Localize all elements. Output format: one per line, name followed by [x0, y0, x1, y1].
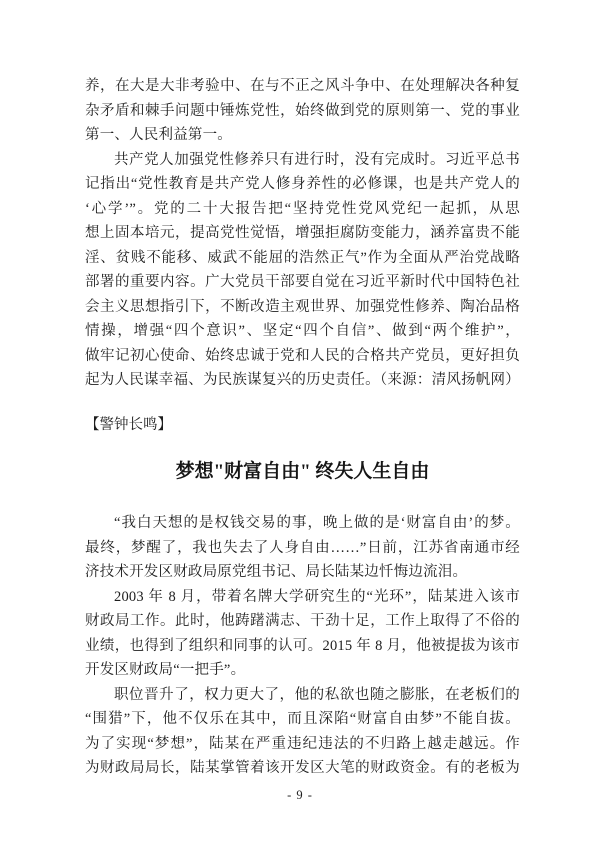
- text-line: 2003 年 8 月，带着名牌大学研究生的“光环”，陆某进入该市: [85, 585, 520, 610]
- text-line: 共产党人加强党性修养只有进行时，没有完成时。习近平总书: [85, 148, 520, 173]
- content-column: 养，在大是大非考验中、在与不正之风斗争中、在处理解决各种复杂矛盾和棘手问题中锤炼…: [85, 74, 520, 781]
- text-line: 想上固本培元，提高党性觉悟，增强拒腐防变能力，涵养富贵不能: [85, 221, 520, 246]
- section-header: 【警钟长鸣】: [85, 413, 520, 438]
- text-line: 为了实现“梦想”，陆某在严重违纪违法的不归路上越走越远。作: [85, 732, 520, 757]
- text-line: 财政局工作。此时，他踌躇满志、干劲十足，工作上取得了不俗的: [85, 609, 520, 634]
- text-line: 记指出“党性教育是共产党人修身养性的必修课，也是共产党人的: [85, 172, 520, 197]
- text-line: 为财政局局长，陆某掌管着该开发区大笔的财政资金。有的老板为: [85, 756, 520, 781]
- text-line: 情操，增强“四个意识”、坚定“四个自信”、做到“两个维护”，: [85, 319, 520, 344]
- page-number: - 9 -: [0, 788, 600, 803]
- text-line: 部署的重要内容。广大党员干部要自觉在习近平新时代中国特色社: [85, 270, 520, 295]
- text-line: 职位晋升了，权力更大了，他的私欲也随之膨胀，在老板们的: [85, 683, 520, 708]
- text-line: 养，在大是大非考验中、在与不正之风斗争中、在处理解决各种复: [85, 74, 520, 99]
- text-line: 杂矛盾和棘手问题中锤炼党性，始终做到党的原则第一、党的事业: [85, 99, 520, 124]
- text-line: “我白天想的是权钱交易的事，晚上做的是‘财富自由’的梦。: [85, 511, 520, 536]
- text-line: 最终，梦醒了，我也失去了人身自由……”日前，江苏省南通市经: [85, 536, 520, 561]
- article-title: 梦想"财富自由" 终失人生自由: [85, 458, 520, 486]
- text-line: 起为人民谋幸福、为民族谋复兴的历史责任。（来源：清风扬帆网）: [85, 368, 520, 393]
- text-line: “围猎”下，他不仅乐在其中，而且深陷“财富自由梦”不能自拔。: [85, 707, 520, 732]
- text-line: ‘心学’”。党的二十大报告把“坚持党性党风党纪一起抓，从思: [85, 197, 520, 222]
- text-line: 业绩，也得到了组织和同事的认可。2015 年 8 月，他被提拔为该市: [85, 634, 520, 659]
- text-line: 济技术开发区财政局原党组书记、局长陆某边忏悔边流泪。: [85, 560, 520, 585]
- document-page: 养，在大是大非考验中、在与不正之风斗争中、在处理解决各种复杂矛盾和棘手问题中锤炼…: [0, 0, 600, 849]
- text-line: 第一、人民利益第一。: [85, 123, 520, 148]
- text-line: 做牢记初心使命、始终忠诚于党和人民的合格共产党员，更好担负: [85, 344, 520, 369]
- article-body: “我白天想的是权钱交易的事，晚上做的是‘财富自由’的梦。最终，梦醒了，我也失去了…: [85, 511, 520, 781]
- intro-paragraphs: 养，在大是大非考验中、在与不正之风斗争中、在处理解决各种复杂矛盾和棘手问题中锤炼…: [85, 74, 520, 393]
- text-line: 淫、贫贱不能移、威武不能屈的浩然正气”作为全面从严治党战略: [85, 246, 520, 271]
- text-line: 开发区财政局“一把手”。: [85, 658, 520, 683]
- text-line: 会主义思想指引下，不断改造主观世界、加强党性修养、陶冶品格: [85, 295, 520, 320]
